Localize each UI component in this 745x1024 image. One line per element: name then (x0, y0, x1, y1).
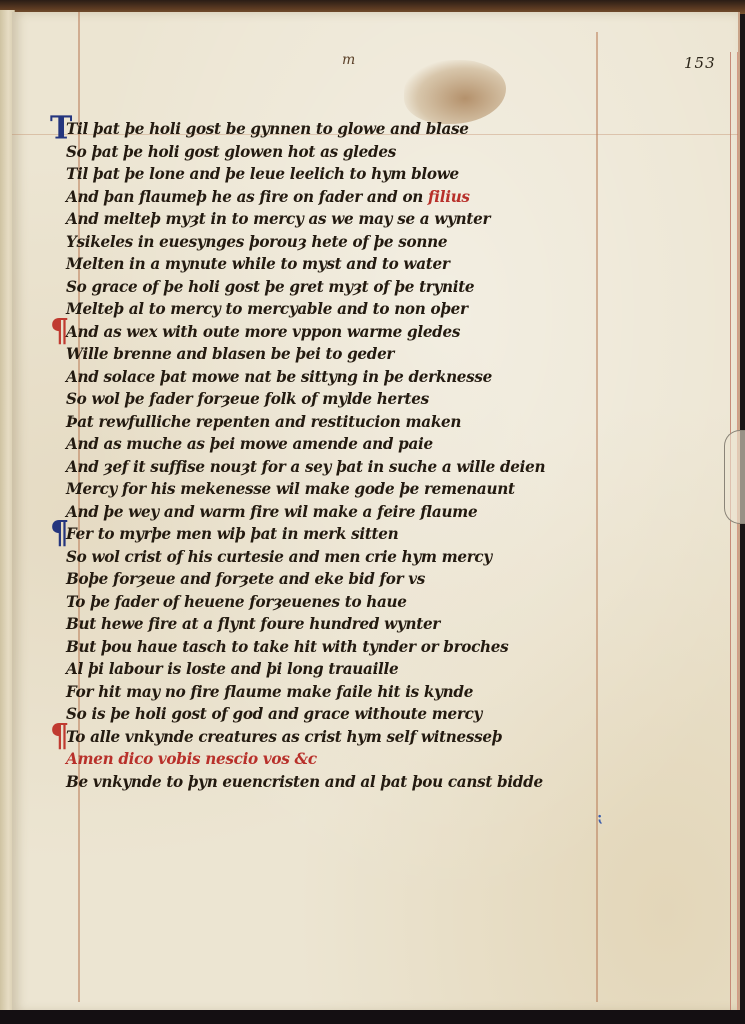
text-line: So wol crist of his curtesie and men cri… (66, 545, 686, 569)
text-line: For hit may no fire flaume make faile hi… (66, 680, 686, 704)
page-fore-edge (730, 52, 738, 1012)
text-line: Melten in a mynute while to myst and to … (66, 252, 686, 276)
manuscript-text: TTil þat þe holi gost be gynnen to glowe… (66, 118, 686, 793)
rubric-line: Amen dico vobis nescio vos &c (66, 747, 686, 771)
text-line: ¶To alle vnkynde creatures as crist hym … (66, 725, 686, 749)
page-tab-marker (724, 430, 745, 524)
water-stain (404, 60, 506, 124)
text-line: Ysikeles in euesynges þorouȝ hete of þe … (66, 230, 686, 254)
text-line: But þou haue tasch to take hit with tynd… (66, 635, 686, 659)
blue-ink-mark: ⁏ (598, 810, 603, 826)
text-line: Wille brenne and blasen be þei to geder (66, 342, 686, 366)
decorated-initial: T (50, 115, 72, 142)
text-line: And as muche as þei mowe amende and paie (66, 432, 686, 456)
text-line: And þan flaumeþ he as fire on fader and … (66, 185, 686, 209)
text-line: So is þe holi gost of god and grace with… (66, 702, 686, 726)
paragraph-mark: ¶ (50, 520, 69, 547)
text-line: So grace of þe holi gost þe gret myȝt of… (66, 275, 686, 299)
text-line: So þat þe holi gost glowen hot as gledes (66, 140, 686, 164)
rubric-word: filius (428, 187, 470, 206)
text-line: ¶Fer to myrþe men wiþ þat in merk sitten (66, 522, 686, 546)
text-line: Mercy for his mekenesse wil make gode þe… (66, 477, 686, 501)
text-line: Til þat þe lone and þe leue leelich to h… (66, 162, 686, 186)
text-line: And melteþ myȝt in to mercy as we may se… (66, 207, 686, 231)
paragraph-mark: ¶ (50, 318, 69, 345)
text-line: And ȝef it suffise nouȝt for a sey þat i… (66, 455, 686, 479)
text-line: And solace þat mowe nat be sittyng in þe… (66, 365, 686, 389)
text-line: So wol þe fader forȝeue folk of mylde he… (66, 387, 686, 411)
quire-mark: m (342, 52, 355, 68)
text-line: And þe wey and warm fire wil make a feir… (66, 500, 686, 524)
text-line: Be vnkynde to þyn euencristen and al þat… (66, 770, 686, 794)
text-line: Al þi labour is loste and þi long trauai… (66, 657, 686, 681)
text-line: Melteþ al to mercy to mercyable and to n… (66, 297, 686, 321)
text-line: Þat rewfulliche repenten and restitucion… (66, 410, 686, 434)
text-line: But hewe fire at a flynt foure hundred w… (66, 612, 686, 636)
text-line: TTil þat þe holi gost be gynnen to glowe… (66, 117, 686, 141)
folio-number: 153 (684, 54, 716, 72)
text-line: Boþe forȝeue and forȝete and eke bid for… (66, 567, 686, 591)
book-bottom-edge (0, 1010, 745, 1024)
text-line: To þe fader of heuene forȝeuenes to haue (66, 590, 686, 614)
paragraph-mark: ¶ (50, 723, 69, 750)
text-line: ¶And as wex with oute more vppon warme g… (66, 320, 686, 344)
